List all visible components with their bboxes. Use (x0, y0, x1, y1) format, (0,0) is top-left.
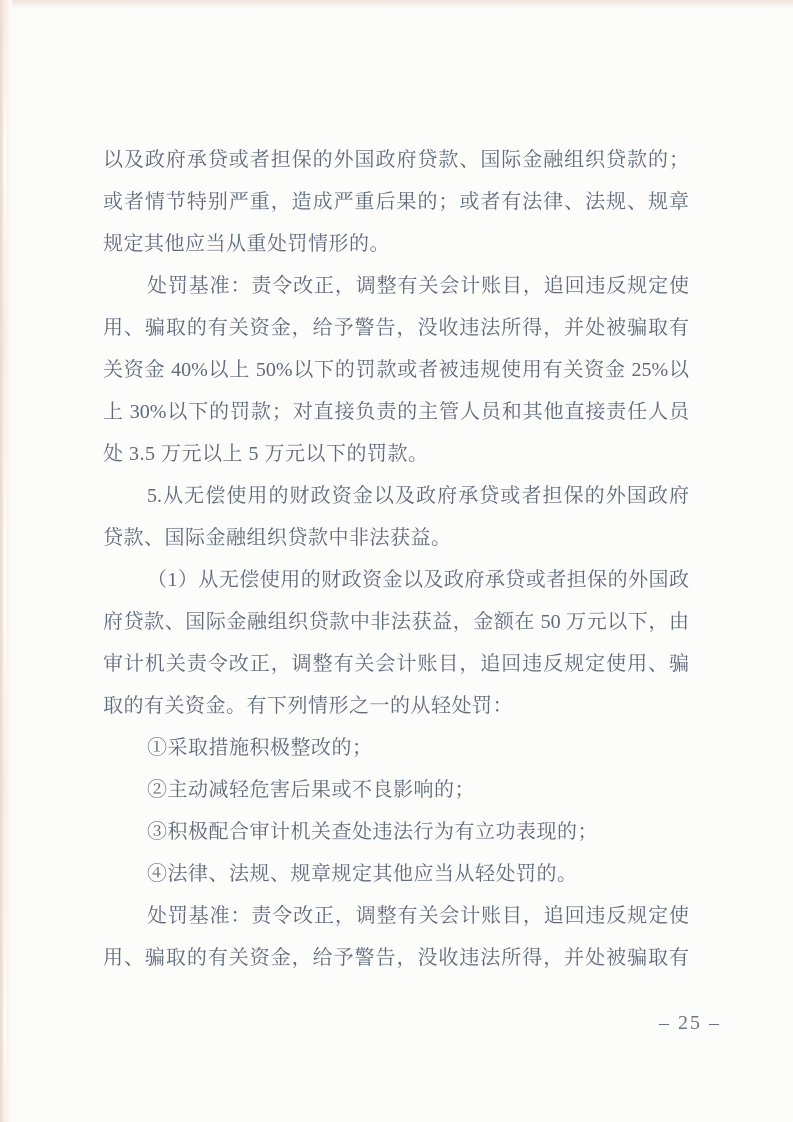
text-line: 取的有关资金。有下列情形之一的从轻处罚： (103, 685, 689, 727)
scan-edge-top (0, 0, 793, 9)
text-line: 贷款、国际金融组织贷款中非法获益。 (103, 517, 689, 559)
text-line: ③积极配合审计机关查处违法行为有立功表现的； (103, 811, 689, 853)
text-line: ④法律、法规、规章规定其他应当从轻处罚的。 (103, 853, 689, 895)
text-line: 5.从无偿使用的财政资金以及政府承贷或者担保的外国政府 (103, 475, 689, 517)
text-line: 规定其他应当从重处罚情形的。 (103, 223, 689, 265)
text-block: 以及政府承贷或者担保的外国政府贷款、国际金融组织贷款的；或者情节特别严重，造成严… (103, 139, 689, 979)
text-line: 处罚基准：责令改正，调整有关会计账目，追回违反规定使 (103, 265, 689, 307)
text-line: 用、骗取的有关资金，给予警告，没收违法所得，并处被骗取有 (103, 307, 689, 349)
text-line: 用、骗取的有关资金，给予警告，没收违法所得，并处被骗取有 (103, 937, 689, 979)
text-line: 以及政府承贷或者担保的外国政府贷款、国际金融组织贷款的； (103, 139, 689, 181)
text-line: ①采取措施积极整改的； (103, 727, 689, 769)
text-line: 上 30%以下的罚款；对直接负责的主管人员和其他直接责任人员 (103, 391, 689, 433)
page-number: – 25 – (625, 1012, 755, 1035)
text-line: 处 3.5 万元以上 5 万元以下的罚款。 (103, 433, 689, 475)
text-line: 处罚基准：责令改正，调整有关会计账目，追回违反规定使 (103, 895, 689, 937)
scan-edge-left-streak (3, 0, 7, 1122)
text-line: 关资金 40%以上 50%以下的罚款或者被违规使用有关资金 25%以 (103, 349, 689, 391)
text-line: 府贷款、国际金融组织贷款中非法获益，金额在 50 万元以下，由 (103, 601, 689, 643)
text-line: ②主动减轻危害后果或不良影响的； (103, 769, 689, 811)
text-line: 或者情节特别严重，造成严重后果的；或者有法律、法规、规章 (103, 181, 689, 223)
text-line: （1）从无偿使用的财政资金以及政府承贷或者担保的外国政 (103, 559, 689, 601)
text-line: 审计机关责令改正，调整有关会计账目，追回违反规定使用、骗 (103, 643, 689, 685)
